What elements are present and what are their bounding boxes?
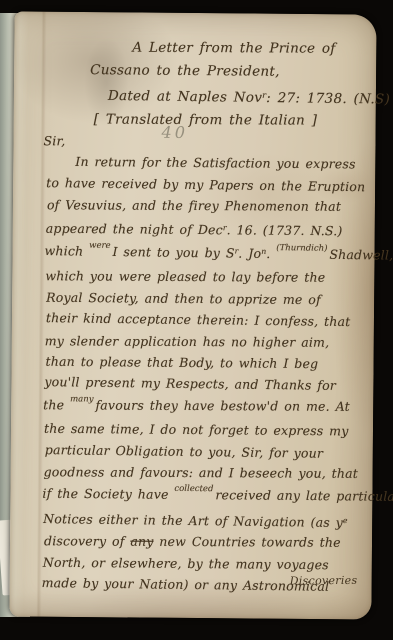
text-segment: received any late particular — [215, 487, 393, 504]
text-segment: appeared the night of Dec — [46, 220, 223, 237]
manuscript-line: you'll present my Respects, and Thanks f… — [11, 371, 373, 397]
text-segment: than to please that Body, to which I beg — [46, 354, 319, 371]
text-segment: if the Society have — [42, 485, 174, 501]
manuscript-line: discovery of any new Countries towards t… — [10, 530, 372, 553]
text-segment: . 16. (1737. N.S.) — [227, 222, 343, 238]
manuscript-line: Dated at Naples Novr: 27: 1738. (N.S) — [14, 81, 376, 112]
text-segment: [ Translated from the Italian ] — [94, 111, 318, 128]
text-segment: their kind acceptance therein: I confess… — [46, 310, 351, 329]
photograph-background: A Letter from the Prince ofCussano to th… — [0, 0, 393, 640]
manuscript-line: my slender application has no higher aim… — [12, 330, 374, 353]
text-segment: my slender application has no higher aim… — [45, 333, 330, 349]
struck-word: any — [130, 534, 153, 549]
text-segment: the — [43, 397, 70, 412]
catchword: Discoveries — [290, 574, 358, 588]
text-segment: the same time, I do not forget to expres… — [44, 421, 349, 439]
text-segment: . — [266, 246, 276, 261]
manuscript-line: which wereI sent to you by Sr. Jon. (Thu… — [12, 238, 374, 269]
text-segment: new Countries towards the — [154, 534, 341, 550]
text-segment: Cussano to the President, — [90, 62, 280, 80]
text-segment: to have received by my Papers on the Eru… — [46, 175, 365, 194]
text-segment: Sir, — [43, 133, 65, 148]
manuscript-line: Sir, — [13, 130, 375, 153]
text-segment: which — [44, 243, 89, 259]
text-segment: made by your Nation) or any Astronomical — [42, 575, 330, 594]
text-segment: Shadwell, & — [329, 247, 393, 263]
manuscript-line: the manyfavours they have bestow'd on me… — [11, 394, 373, 420]
text-segment: A Letter from the Prince of — [132, 40, 335, 57]
letter-body: Sir,In return for the Satisfaction you e… — [10, 129, 376, 597]
text-segment: In return for the Satisfaction you expre… — [75, 154, 355, 171]
letter-heading: A Letter from the Prince ofCussano to th… — [14, 35, 377, 133]
text-segment: particular Obligation to you, Sir, for y… — [45, 442, 323, 461]
text-segment: which you were pleased to lay before the — [45, 269, 325, 285]
manuscript-line: their kind acceptance therein: I confess… — [12, 307, 374, 333]
interlinear-note: (Thurndich) — [276, 238, 327, 260]
manuscript-line: which you were pleased to lay before the — [12, 265, 374, 288]
superscript-letter: e — [343, 516, 348, 525]
text-segment: of Vesuvius, and the firey Phenomenon th… — [47, 197, 341, 214]
manuscript-line: of Vesuvius, and the firey Phenomenon th… — [13, 194, 375, 217]
text-segment: I sent to you by S — [112, 244, 234, 261]
interlinear-note: many — [70, 389, 94, 411]
text-segment: North, or elsewhere, by the many voyages — [43, 554, 329, 571]
text-segment: Dated at Naples Nov — [108, 88, 262, 106]
manuscript-line: A Letter from the Prince of — [14, 36, 376, 61]
interlinear-note: collected — [174, 478, 213, 500]
interlinear-note: were — [89, 236, 111, 258]
text-segment: . Jo — [238, 246, 261, 261]
text-segment: Notices either in the Art of Navigation … — [43, 511, 343, 530]
manuscript-page: A Letter from the Prince ofCussano to th… — [9, 11, 376, 619]
text-segment: Royal Society, and then to apprize me of — [46, 290, 321, 307]
text-segment: favours they have bestow'd on me. At — [95, 397, 349, 413]
text-segment: discovery of — [44, 534, 130, 549]
text-segment: : 27: 1738. (N.S) — [266, 90, 390, 108]
